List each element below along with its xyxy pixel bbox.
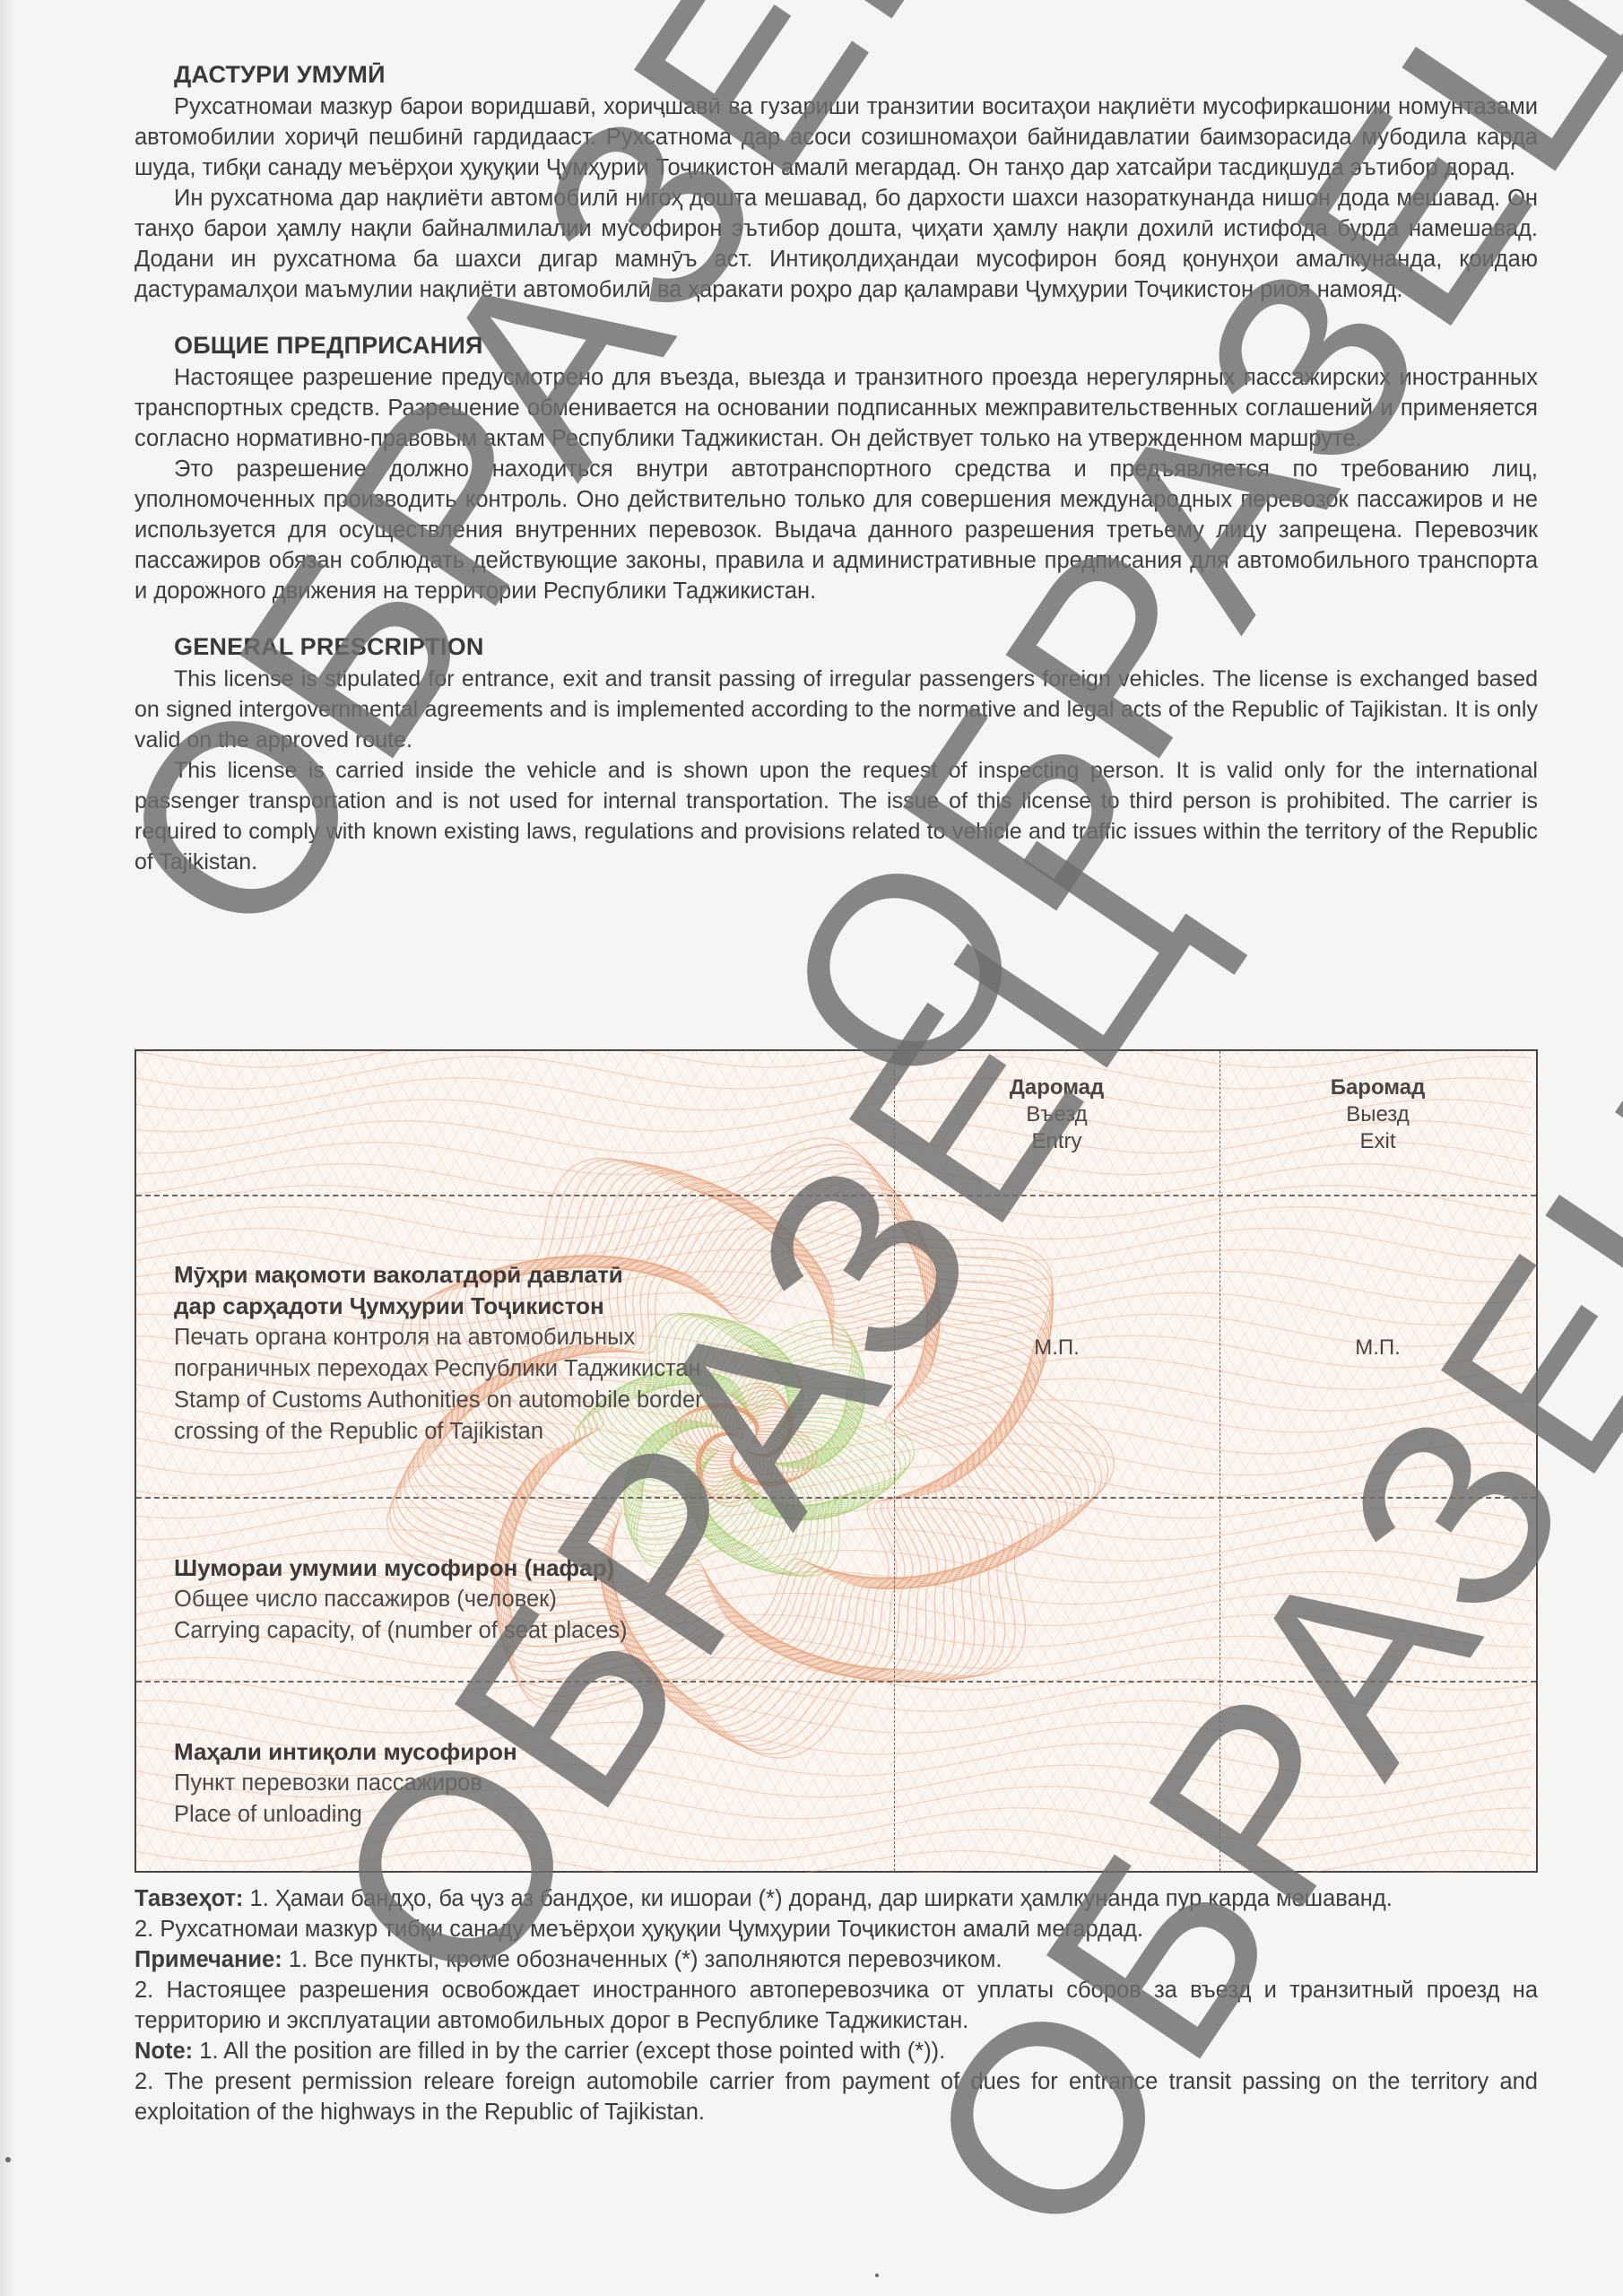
table-row-passenger-count: Шумораи умумии мусофирон (нафар) Общее ч… xyxy=(136,1497,1536,1683)
scan-speck xyxy=(875,2274,879,2277)
section-russian: ОБЩИЕ ПРЕДПРИСАНИЯ Настоящее разрешение … xyxy=(135,330,1538,606)
table-row-customs-stamp: Мӯҳри мақомоти ваколатдорӣ давлатӣ дар с… xyxy=(136,1195,1536,1499)
table-header-row: Даромад Въезд Entry Баромад Выезд Exit xyxy=(136,1051,1536,1195)
exit-stamp-field: М.П. xyxy=(1219,1335,1536,1361)
row-label: Маҳали интиқоли мусофирон Пункт перевозк… xyxy=(174,1736,517,1831)
section-heading: ОБЩИЕ ПРЕДПРИСАНИЯ xyxy=(135,330,1538,361)
table-row-unloading-place: Маҳали интиқоли мусофирон Пункт перевозк… xyxy=(136,1681,1536,1873)
prescriptions-text: ДАСТУРИ УМУМӢ Рухсатномаи мазкур барои в… xyxy=(135,59,1538,902)
note-russian-2: 2. Настоящее разрешения освобождает инос… xyxy=(135,1975,1538,2036)
note-tajik-1: Тавзеҳот: 1. Ҳамаи бандҳо, ба ҷуз аз бан… xyxy=(135,1883,1538,1914)
section-english: GENERAL PRESCRIPTION This license is sti… xyxy=(135,631,1538,877)
paragraph: Это разрешение должно находиться внутри … xyxy=(135,454,1538,606)
paragraph: Рухсатномаи мазкур барои воридшавӣ, хори… xyxy=(135,91,1538,183)
note-english-2: 2. The present permission releare foreig… xyxy=(135,2066,1538,2127)
column-header-entry: Даромад Въезд Entry xyxy=(894,1074,1219,1155)
paragraph: Ин рухсатнома дар нақлиёти автомобилӣ ни… xyxy=(135,183,1538,305)
section-heading: GENERAL PRESCRIPTION xyxy=(135,631,1538,662)
paragraph: This license is carried inside the vehic… xyxy=(135,755,1538,877)
column-header-exit: Баромад Выезд Exit xyxy=(1219,1074,1536,1155)
note-english-1: Note: 1. All the position are filled in … xyxy=(135,2036,1538,2066)
entry-stamp-field: М.П. xyxy=(894,1335,1219,1361)
border-stamp-table: Даромад Въезд Entry Баромад Выезд Exit М… xyxy=(135,1049,1538,1873)
notes-block: Тавзеҳот: 1. Ҳамаи бандҳо, ба ҷуз аз бан… xyxy=(135,1883,1538,2127)
section-heading: ДАСТУРИ УМУМӢ xyxy=(135,59,1538,90)
row-label: Шумораи умумии мусофирон (нафар) Общее ч… xyxy=(174,1552,628,1647)
note-tajik-2: 2. Рухсатномаи мазкур тибқи санаду меъёр… xyxy=(135,1914,1538,1944)
scan-speck xyxy=(5,2157,11,2162)
section-tajik: ДАСТУРИ УМУМӢ Рухсатномаи мазкур барои в… xyxy=(135,59,1538,305)
paragraph: This license is stipulated for entrance,… xyxy=(135,664,1538,755)
scan-edge-shadow xyxy=(0,0,16,2296)
paragraph: Настоящее разрешение предусмотрено для в… xyxy=(135,362,1538,454)
row-label: Мӯҳри мақомоти ваколатдорӣ давлатӣ дар с… xyxy=(174,1259,703,1448)
note-russian-1: Примечание: 1. Все пункты, кроме обознач… xyxy=(135,1944,1538,1975)
